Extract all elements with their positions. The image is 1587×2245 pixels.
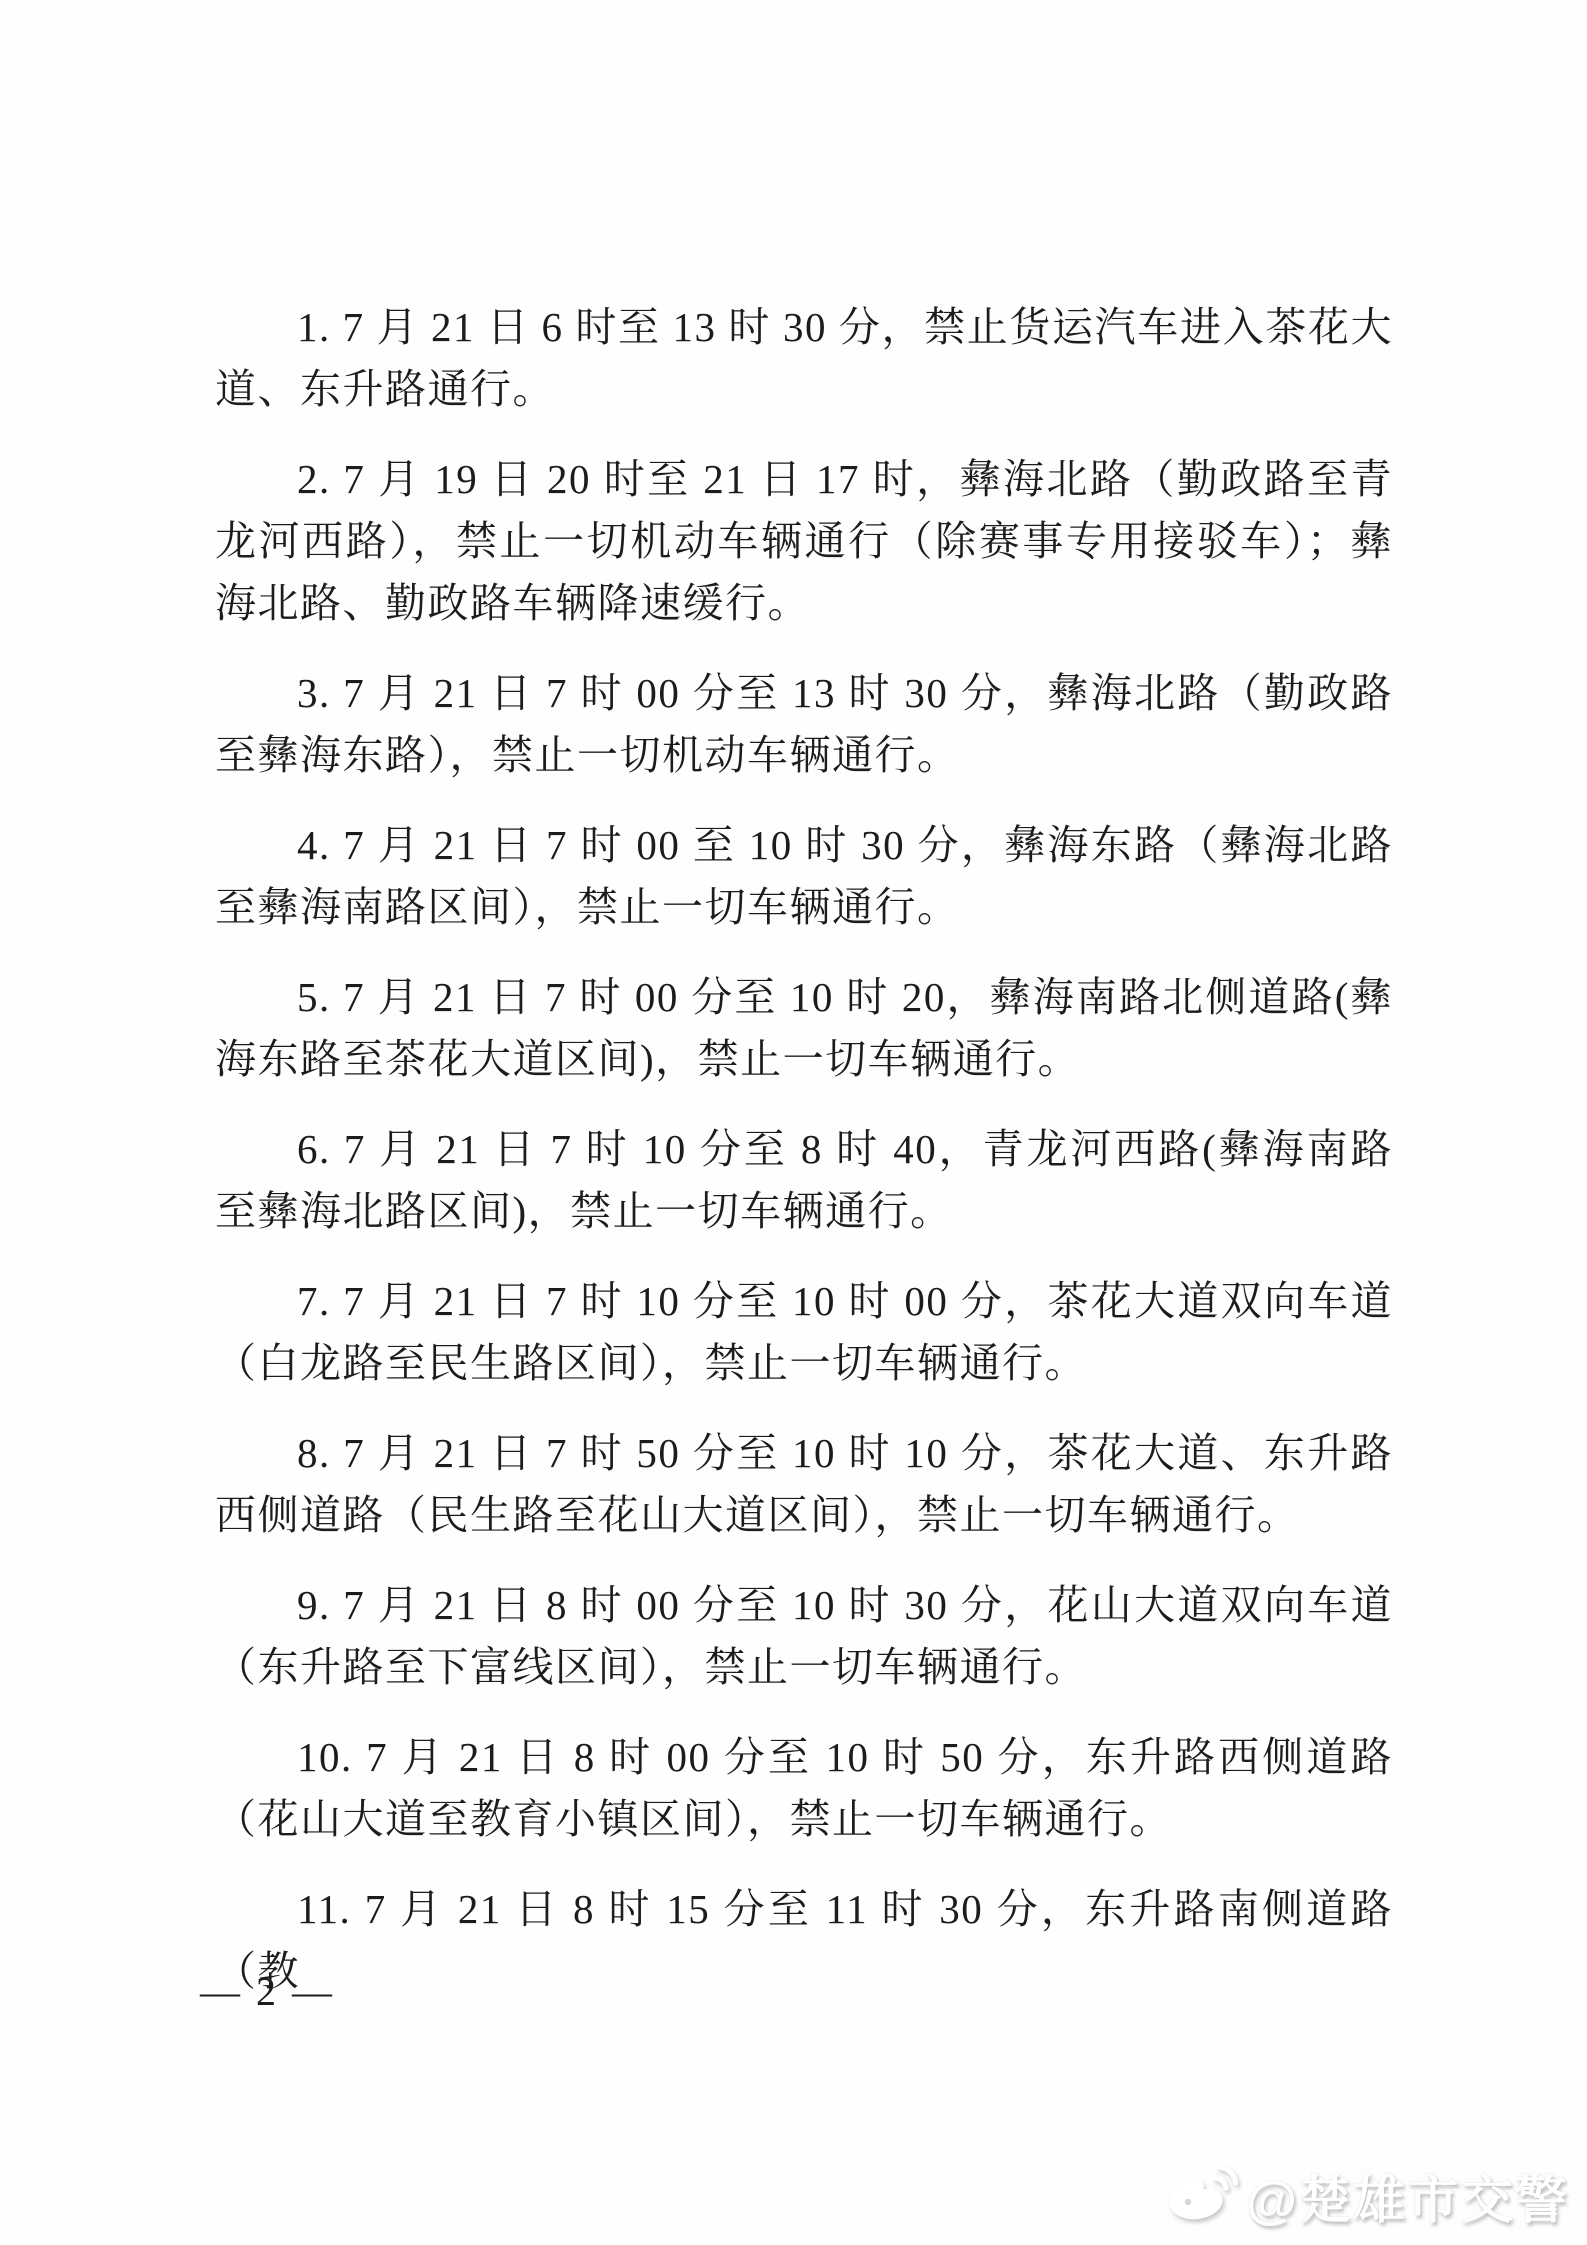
- paragraph-6: 6. 7 月 21 日 7 时 10 分至 8 时 40，青龙河西路(彝海南路至…: [215, 1118, 1393, 1242]
- paragraph-7: 7. 7 月 21 日 7 时 10 分至 10 时 00 分，茶花大道双向车道…: [215, 1270, 1393, 1394]
- paragraph-8: 8. 7 月 21 日 7 时 50 分至 10 时 10 分，茶花大道、东升路…: [215, 1422, 1393, 1546]
- watermark-handle: @楚雄市交警: [1246, 2158, 1569, 2233]
- paragraph-4: 4. 7 月 21 日 7 时 00 至 10 时 30 分，彝海东路（彝海北路…: [215, 814, 1393, 938]
- paragraph-2: 2. 7 月 19 日 20 时至 21 日 17 时，彝海北路（勤政路至青龙河…: [215, 448, 1393, 634]
- paragraph-11: 11. 7 月 21 日 8 时 15 分至 11 时 30 分，东升路南侧道路…: [215, 1878, 1393, 2002]
- paragraph-10: 10. 7 月 21 日 8 时 00 分至 10 时 50 分，东升路西侧道路…: [215, 1726, 1393, 1850]
- paragraph-5: 5. 7 月 21 日 7 时 00 分至 10 时 20，彝海南路北侧道路(彝…: [215, 966, 1393, 1090]
- paragraph-1: 1. 7 月 21 日 6 时至 13 时 30 分，禁止货运汽车进入茶花大道、…: [215, 296, 1393, 420]
- document-body: 1. 7 月 21 日 6 时至 13 时 30 分，禁止货运汽车进入茶花大道、…: [215, 296, 1393, 2030]
- watermark: @楚雄市交警: [1164, 2158, 1569, 2233]
- document-page: 1. 7 月 21 日 6 时至 13 时 30 分，禁止货运汽车进入茶花大道、…: [0, 0, 1587, 2245]
- paragraph-9: 9. 7 月 21 日 8 时 00 分至 10 时 30 分，花山大道双向车道…: [215, 1574, 1393, 1698]
- weibo-icon: [1164, 2163, 1238, 2229]
- page-number: — 2 —: [200, 1968, 335, 2015]
- paragraph-3: 3. 7 月 21 日 7 时 00 分至 13 时 30 分，彝海北路（勤政路…: [215, 662, 1393, 786]
